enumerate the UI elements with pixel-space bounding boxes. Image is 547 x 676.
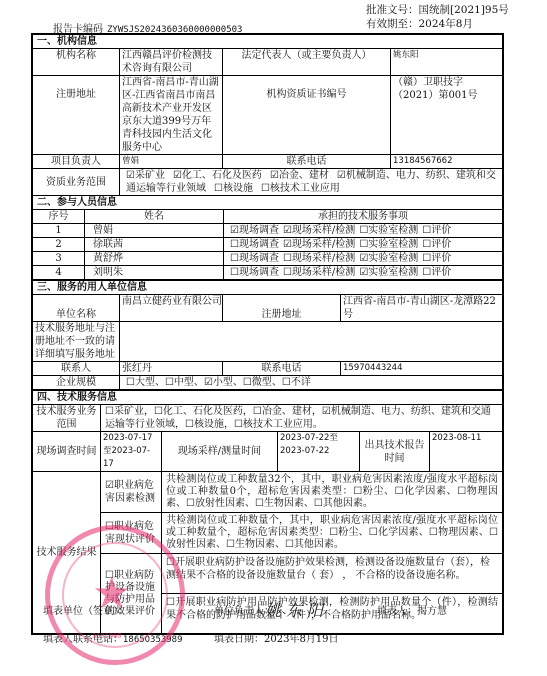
task-checkbox-0[interactable]: ☐现场调查 bbox=[230, 239, 279, 250]
personnel-tasks: ☑现场调查☑现场采样/检测☐实验室检测☐评价 bbox=[224, 224, 503, 238]
sampling-time-label: 现场采样/测量时间 bbox=[162, 432, 278, 472]
service-scope-value: ☐采矿业，☐化工、石化及医药，☐冶金、建材，☑机械制造、电力、纺织、建筑和交通运… bbox=[101, 405, 503, 432]
task-checkbox-3[interactable]: ☐评价 bbox=[422, 267, 451, 278]
personnel-name: 黄舒烨 bbox=[85, 252, 224, 266]
filler-value: 揭方慧 bbox=[417, 606, 447, 617]
filler-phone-value: 18650353989 bbox=[123, 635, 183, 645]
fill-date-field: 填表日期：2023年8月19日 bbox=[214, 630, 339, 645]
personnel-no: 2 bbox=[33, 238, 85, 252]
col-header-no: 序号 bbox=[33, 210, 85, 224]
task-checkbox-0[interactable]: ☐现场调查 bbox=[230, 253, 279, 264]
fill-date-label: 填表日期： bbox=[214, 634, 264, 645]
project-lead-label: 项目负责人 bbox=[33, 155, 120, 169]
contact-value: 张红丹 bbox=[120, 362, 223, 376]
personnel-tasks: ☐现场调查☐现场采样/检测☑实验室检测☐评价 bbox=[224, 252, 503, 266]
org-name-label: 机构名称 bbox=[33, 49, 120, 76]
scope-checkbox-4[interactable]: ☐核设施 bbox=[214, 183, 253, 194]
contact-label: 联系人 bbox=[33, 362, 120, 376]
org-info-table: 一、机构信息 机构名称 江西赣昌评价检测技术咨询有限公司 法定代表人（或主要负责… bbox=[32, 34, 503, 196]
filler-label: 填表人： bbox=[377, 606, 417, 617]
task-checkbox-1[interactable]: ☐现场采样/检测 bbox=[283, 253, 355, 264]
unit-reg-address-label: 注册地址 bbox=[223, 295, 341, 322]
result-protection-equipment-text: ☐开展职业病防护设备设施防护效果检测，检测设备设施数量台（套），检测结果不合格的… bbox=[162, 554, 503, 594]
unit-reg-address-value: 江西省-南昌市-青山湖区-龙潭路22号 bbox=[341, 295, 503, 322]
report-time-value: 2023-08-11 bbox=[430, 432, 503, 472]
personnel-tasks: ☐现场调查☑现场采样/检测☐实验室检测☐评价 bbox=[224, 238, 503, 252]
service-address-value bbox=[120, 322, 503, 362]
fill-date-value: 2023年8月19日 bbox=[264, 634, 339, 645]
task-checkbox-3[interactable]: ☐评价 bbox=[422, 239, 451, 250]
personnel-table: 二、参与人员信息 序号 姓名 承担的技术服务事项 1曾娟☑现场调查☑现场采样/检… bbox=[32, 196, 503, 280]
personnel-row: 2徐联茜☐现场调查☑现场采样/检测☐实验室检测☐评价 bbox=[33, 238, 503, 252]
task-checkbox-2[interactable]: ☐实验室检测 bbox=[359, 239, 418, 250]
unit-name-value: 南昌立健药业有限公司 bbox=[120, 295, 223, 322]
valid-until-value: 2024年8月 bbox=[419, 18, 473, 30]
enterprise-scale-list: ☐大型、☐中型、☑小型、☐微型、☐不详 bbox=[120, 376, 503, 390]
scope-checkbox-2[interactable]: ☑冶金、建材 bbox=[270, 170, 329, 181]
client-unit-table: 三、服务的用人单位信息 单位名称 南昌立健药业有限公司 注册地址 江西省-南昌市… bbox=[32, 280, 503, 390]
personnel-row: 1曾娟☑现场调查☑现场采样/检测☐实验室检测☐评价 bbox=[33, 224, 503, 238]
filler-field: 填表人：揭方慧 bbox=[377, 602, 447, 617]
result-protection-gear-text: ☐开展职业病防护用品防护效果检测，检测防护用品数量个（件），检测结果不合格的防护… bbox=[162, 594, 503, 634]
personnel-name: 曾娟 bbox=[85, 224, 224, 238]
approval-number: 国统制[2021]95号 bbox=[419, 4, 509, 16]
filler-phone-label: 填表人联系电话： bbox=[43, 634, 123, 645]
personnel-row: 4刘明朱☐现场调查☐现场采样/检测☑实验室检测☐评价 bbox=[33, 266, 503, 280]
unit-head-signature: 姚东阳 bbox=[265, 598, 328, 621]
personnel-name: 刘明朱 bbox=[85, 266, 224, 280]
approval-info: 批准文号：国统制[2021]95号 有效期至：2024年8月 bbox=[366, 3, 509, 31]
survey-time-value: 2023-07-17至2023-07-17 bbox=[101, 432, 162, 472]
task-checkbox-2[interactable]: ☑实验室检测 bbox=[359, 267, 418, 278]
qualification-scope-items: ☑采矿业☑化工、石化及医药☑冶金、建材☑机械制造、电力、纺织、建筑和交通运输等行… bbox=[126, 170, 496, 194]
col-header-name: 姓名 bbox=[85, 210, 224, 224]
section-title-org: 一、机构信息 bbox=[33, 35, 503, 49]
col-header-tasks: 承担的技术服务事项 bbox=[224, 210, 503, 224]
result-protection-label: ☐职业病防护设备设施与防护用品的效果评价 bbox=[101, 554, 162, 634]
project-lead-value: 曾娟 bbox=[120, 155, 223, 169]
task-checkbox-1[interactable]: ☑现场采样/检测 bbox=[283, 225, 355, 236]
result-evaluation-label: ☐职业病危害现状评价 bbox=[101, 513, 162, 554]
task-checkbox-0[interactable]: ☐现场调查 bbox=[230, 267, 279, 278]
result-detection-text: 共检测岗位或工种数量32个，其中，职业病危害因素浓度/强度水平超标岗位或工种数量… bbox=[162, 472, 503, 513]
survey-time-label: 现场调查时间 bbox=[33, 432, 101, 472]
task-checkbox-3[interactable]: ☐评价 bbox=[422, 225, 451, 236]
filler-phone-field: 填表人联系电话：18650353989 bbox=[43, 630, 183, 645]
org-phone-value: 13184567662 bbox=[391, 155, 503, 169]
enterprise-scale-label: 企业规模 bbox=[33, 376, 120, 390]
personnel-name: 徐联茜 bbox=[85, 238, 224, 252]
section-title-tech-service: 四、技术服务信息 bbox=[33, 391, 503, 405]
scope-checkbox-0[interactable]: ☑采矿业 bbox=[126, 170, 165, 181]
report-form: 一、机构信息 机构名称 江西赣昌评价检测技术咨询有限公司 法定代表人（或主要负责… bbox=[31, 33, 504, 635]
personnel-no: 3 bbox=[33, 252, 85, 266]
client-phone-value: 15970443244 bbox=[341, 362, 503, 376]
scale-checkbox-3[interactable]: ☐微型、 bbox=[243, 377, 282, 388]
personnel-tasks: ☐现场调查☐现场采样/检测☑实验室检测☐评价 bbox=[224, 266, 503, 280]
scale-checkbox-0[interactable]: ☐大型、 bbox=[126, 377, 165, 388]
result-evaluation-text: 共检测岗位或工种数量个，其中，职业病危害因素浓度/强度水平超标岗位或工种数量个，… bbox=[162, 513, 503, 554]
task-checkbox-0[interactable]: ☑现场调查 bbox=[230, 225, 279, 236]
personnel-no: 4 bbox=[33, 266, 85, 280]
scope-checkbox-1[interactable]: ☑化工、石化及医药 bbox=[173, 170, 262, 181]
qualification-scope-list: ☑采矿业☑化工、石化及医药☑冶金、建材☑机械制造、电力、纺织、建筑和交通运输等行… bbox=[120, 169, 503, 196]
enterprise-scale-items: ☐大型、☐中型、☑小型、☐微型、☐不详 bbox=[126, 377, 311, 388]
legal-rep-label: 法定代表人（或主要负责人） bbox=[223, 49, 391, 76]
unit-name-label: 单位名称 bbox=[33, 295, 120, 322]
task-checkbox-1[interactable]: ☐现场采样/检测 bbox=[283, 267, 355, 278]
cert-label: 机构资质证书编号 bbox=[223, 76, 391, 155]
unit-seal-field: 填表单位（签章）： bbox=[43, 602, 128, 617]
section-title-personnel: 二、参与人员信息 bbox=[33, 196, 503, 210]
valid-until-label: 有效期至： bbox=[366, 18, 419, 30]
scope-checkbox-5[interactable]: ☐核技术工业应用 bbox=[261, 183, 340, 194]
approval-label: 批准文号： bbox=[366, 4, 419, 16]
client-phone-label: 联系电话 bbox=[223, 362, 341, 376]
reg-address-label: 注册地址 bbox=[33, 76, 120, 155]
service-scope-label: 技术服务业务范围 bbox=[33, 405, 101, 432]
task-checkbox-2[interactable]: ☐实验室检测 bbox=[359, 225, 418, 236]
org-phone-label: 联系电话 bbox=[223, 155, 391, 169]
scale-checkbox-1[interactable]: ☐中型、 bbox=[165, 377, 204, 388]
report-time-label: 出具技术报告时间 bbox=[360, 432, 430, 472]
sampling-time-value: 2023-07-22至2023-07-22 bbox=[278, 432, 360, 472]
task-checkbox-3[interactable]: ☐评价 bbox=[422, 253, 451, 264]
scale-checkbox-2[interactable]: ☑小型、 bbox=[204, 377, 243, 388]
task-checkbox-2[interactable]: ☑实验室检测 bbox=[359, 253, 418, 264]
personnel-row: 3黄舒烨☐现场调查☐现场采样/检测☑实验室检测☐评价 bbox=[33, 252, 503, 266]
scale-checkbox-4[interactable]: ☐不详 bbox=[282, 377, 311, 388]
legal-rep-value: 姚东阳 bbox=[391, 49, 503, 76]
personnel-no: 1 bbox=[33, 224, 85, 238]
task-checkbox-1[interactable]: ☑现场采样/检测 bbox=[283, 239, 355, 250]
service-address-label: 技术服务地址与注册地址不一致的请详细填写服务地址 bbox=[33, 322, 120, 362]
reg-address-value: 江西省-南昌市-青山湖区-江西省南昌市南昌高新技术产业开发区京东大道399号万年… bbox=[120, 76, 223, 155]
unit-seal-label: 填表单位（签章）： bbox=[43, 606, 128, 617]
section-title-client: 三、服务的用人单位信息 bbox=[33, 281, 503, 295]
cert-value: （赣）卫职技字（2021）第001号 bbox=[391, 76, 503, 155]
result-detection-label: ☑职业病危害因素检测 bbox=[101, 472, 162, 513]
org-name-value: 江西赣昌评价检测技术咨询有限公司 bbox=[120, 49, 223, 76]
qualification-scope-label: 资质业务范围 bbox=[33, 169, 120, 196]
